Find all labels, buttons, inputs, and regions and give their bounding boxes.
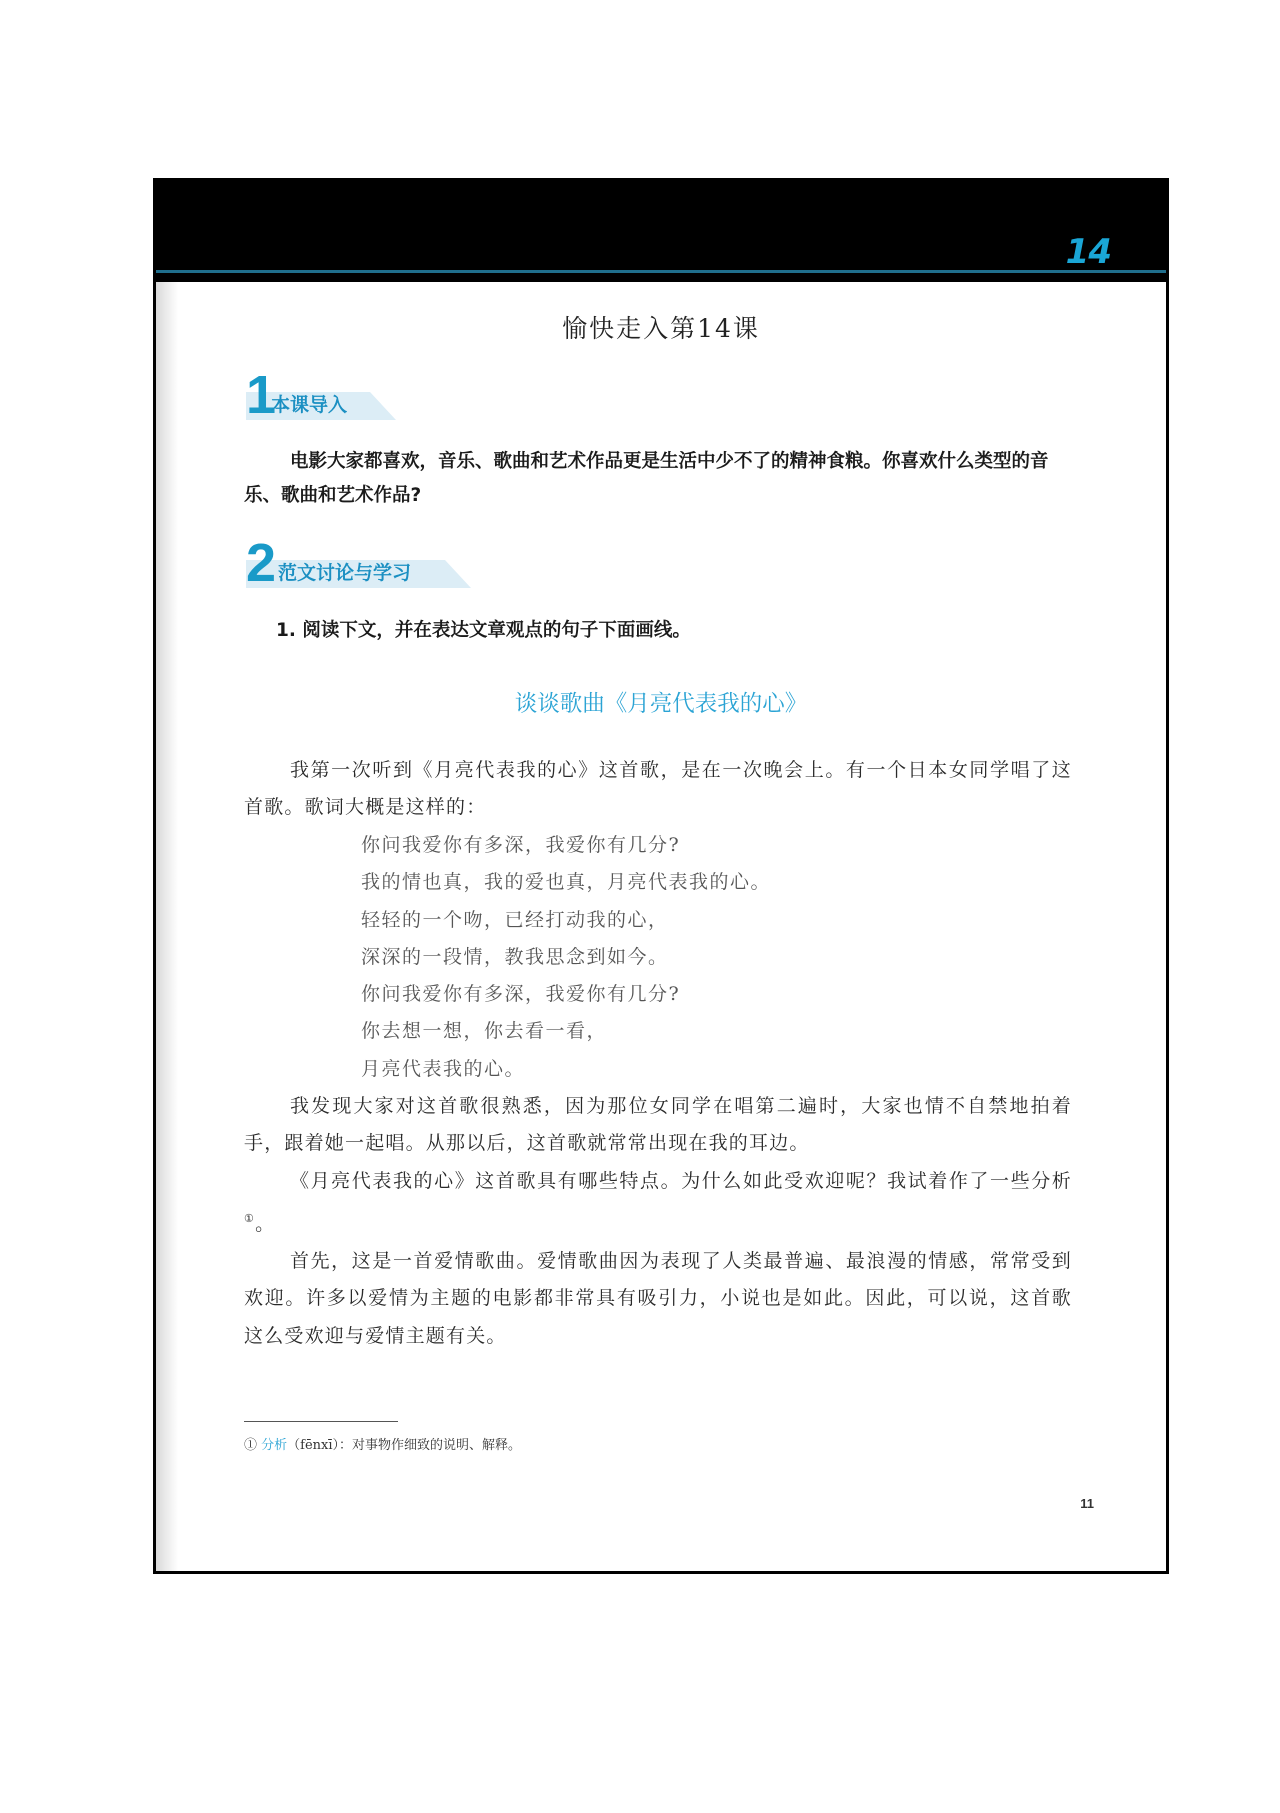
article-title: 谈谈歌曲《月亮代表我的心》: [156, 686, 1166, 718]
section-2-heading: 2 范文讨论与学习: [246, 536, 471, 588]
intro-paragraph: 电影大家都喜欢，音乐、歌曲和艺术作品更是生活中少不了的精神食粮。你喜欢什么类型的…: [244, 445, 1072, 513]
page-gutter-shadow: [156, 178, 178, 1571]
article-paragraph-1: 我第一次听到《月亮代表我的心》这首歌，是在一次晚会上。有一个日本女同学唱了这首歌…: [244, 752, 1072, 827]
paragraph-3-text: 《月亮代表我的心》这首歌具有哪些特点。为什么如此受欢迎呢？我试着作了一些分析: [290, 1170, 1072, 1192]
footnote: ① 分析（fēnxī）：对事物作细致的说明、解释。: [244, 1434, 521, 1453]
lesson-title: 愉快走入第14课: [156, 309, 1166, 345]
article-paragraph-text: 我第一次听到《月亮代表我的心》这首歌，是在一次晚会上。有一个日本女同学唱了这首歌…: [244, 752, 1072, 827]
reading-instruction: 1. 阅读下文，并在表达文章观点的句子下面画线。: [276, 616, 691, 642]
lyric-line: 你问我爱你有多深，我爱你有几分?: [361, 976, 771, 1013]
footnote-marker: ①: [244, 1438, 257, 1453]
article-paragraph-2: 我发现大家对这首歌很熟悉，因为那位女同学在唱第二遍时，大家也情不自禁地拍着手，跟…: [244, 1088, 1072, 1163]
lyric-line: 你问我爱你有多深，我爱你有几分?: [361, 827, 771, 864]
article-body-continued: 我发现大家对这首歌很熟悉，因为那位女同学在唱第二遍时，大家也情不自禁地拍着手，跟…: [244, 1088, 1072, 1355]
footnote-term: 分析: [261, 1438, 287, 1453]
lyric-line: 深深的一段情，教我思念到如今。: [361, 939, 771, 976]
lyric-line: 轻轻的一个吻，已经打动我的心，: [361, 902, 771, 939]
page-number: 11: [1080, 1496, 1094, 1511]
lesson-number: 14: [1066, 232, 1111, 272]
song-lyrics: 你问我爱你有多深，我爱你有几分? 我的情也真，我的爱也真，月亮代表我的心。 轻轻…: [361, 827, 771, 1088]
section-2-label: 范文讨论与学习: [278, 558, 411, 585]
lyric-line: 月亮代表我的心。: [361, 1051, 771, 1088]
textbook-page: 14 愉快走入第14课 1 本课导入 电影大家都喜欢，音乐、歌曲和艺术作品更是生…: [153, 178, 1169, 1574]
section-1-label: 本课导入: [271, 390, 347, 417]
lyric-line: 我的情也真，我的爱也真，月亮代表我的心。: [361, 864, 771, 901]
footnote-definition: 对事物作细致的说明、解释。: [352, 1438, 521, 1453]
lyric-line: 你去想一想，你去看一看，: [361, 1013, 771, 1050]
article-paragraph-3: 《月亮代表我的心》这首歌具有哪些特点。为什么如此受欢迎呢？我试着作了一些分析①。: [244, 1163, 1072, 1244]
section-2-number: 2: [246, 536, 276, 590]
footnote-reference[interactable]: ①: [244, 1212, 255, 1225]
paragraph-3-end: 。: [255, 1213, 275, 1235]
footnote-divider: [244, 1421, 398, 1422]
article-paragraph-4: 首先，这是一首爱情歌曲。爱情歌曲因为表现了人类最普遍、最浪漫的情感，常常受到欢迎…: [244, 1243, 1072, 1355]
footnote-pinyin: （fēnxī）：: [287, 1438, 352, 1453]
section-1-heading: 1 本课导入: [246, 368, 396, 420]
header-accent-line: [153, 270, 1169, 273]
lesson-header-band: 14: [153, 178, 1169, 282]
